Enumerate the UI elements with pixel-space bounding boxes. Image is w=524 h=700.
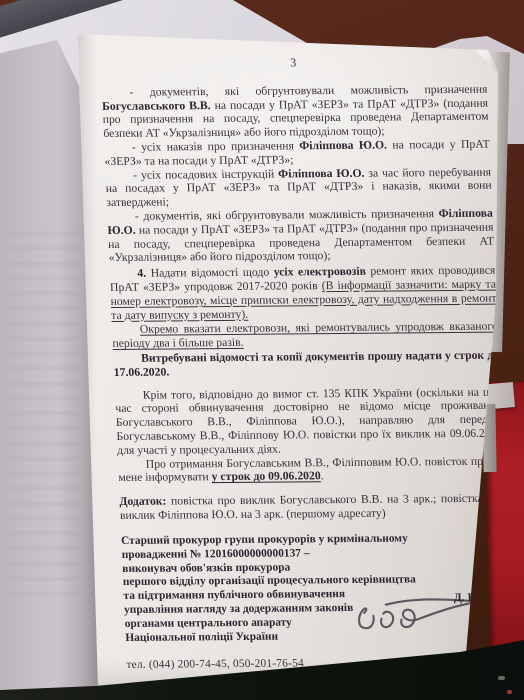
text-run: Витребувані відомості та копії документі… (113, 349, 499, 379)
document-paragraphs: - документів, які обгрунтовували можливі… (101, 82, 506, 522)
text-run: усіх електровозів (273, 265, 366, 279)
text-run: . (320, 470, 323, 483)
text-run: - усіх наказів про призначення (132, 139, 300, 153)
page-number: 3 (100, 55, 486, 72)
paragraph: - документів, які обгрунтовували можливі… (101, 82, 489, 141)
text-run: Філіппова Ю.О. (299, 139, 387, 153)
show-through-text (6, 225, 78, 595)
text-run: у строк до 09.06.2020 (211, 470, 321, 484)
paragraph: Додаток: повістка про виклик Богуславськ… (119, 492, 506, 523)
text-run: Додаток: (119, 495, 167, 508)
paragraph: - усіх наказів про призначення Філіппова… (104, 138, 491, 169)
paragraph: Окремо вказати електровози, які ремонтув… (112, 320, 499, 351)
paragraph: Про отримання Богуславським В.В., Філіпп… (117, 454, 504, 485)
document-page: 3 - документів, які обгрунтовували можли… (70, 28, 506, 690)
signature-row: Старший прокурор групи прокурорів у крим… (121, 531, 512, 646)
debris-speck (498, 676, 505, 680)
text-run: Крім того, відповідно до вимог ст. 135 К… (115, 385, 503, 457)
photo-scene: 3 - документів, які обгрунтовували можли… (0, 0, 524, 700)
text-run: Окремо вказати електровози, які ремонтув… (112, 320, 498, 350)
text-run: Надати відомості щодо (146, 266, 274, 280)
text-run: Філіппова Ю.О. (278, 166, 365, 180)
paragraph: 4. Надати відомості щодо усіх електровоз… (109, 264, 497, 323)
paragraph: - документів, які обгрунтовували можливі… (107, 207, 495, 266)
paragraph: Крім того, відповідно до вимог ст. 135 К… (114, 385, 503, 457)
paragraph: - усіх посадових інструкцій Філіппова Ю.… (105, 165, 493, 210)
text-run: на посади у ПрАТ «ЗЕРЗ» та ПрАТ «ДТРЗ» (… (108, 220, 494, 264)
text-run: Богуславського В.В. (102, 99, 211, 113)
text-run: повістка про виклик Богуславського В.В. … (120, 492, 506, 522)
document-content: 3 - документів, які обгрунтовували можли… (100, 55, 513, 673)
debris-speck (507, 690, 512, 694)
paragraph: Витребувані відомості та копії документі… (113, 349, 500, 380)
text-run: - усіх посадових інструкцій (133, 167, 279, 181)
